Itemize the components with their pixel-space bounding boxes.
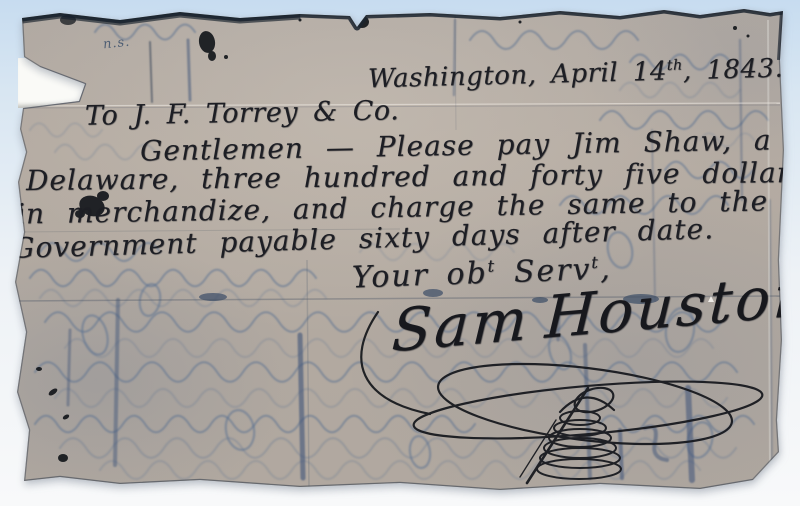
signature-flourish [0,0,800,506]
paper-shadow-wrap: n.s. Washington, April 14th, 1843. To J.… [0,0,800,506]
document-paper: n.s. Washington, April 14th, 1843. To J.… [0,0,800,506]
scan-background: n.s. Washington, April 14th, 1843. To J.… [0,0,800,506]
paraph-coil [537,411,621,479]
